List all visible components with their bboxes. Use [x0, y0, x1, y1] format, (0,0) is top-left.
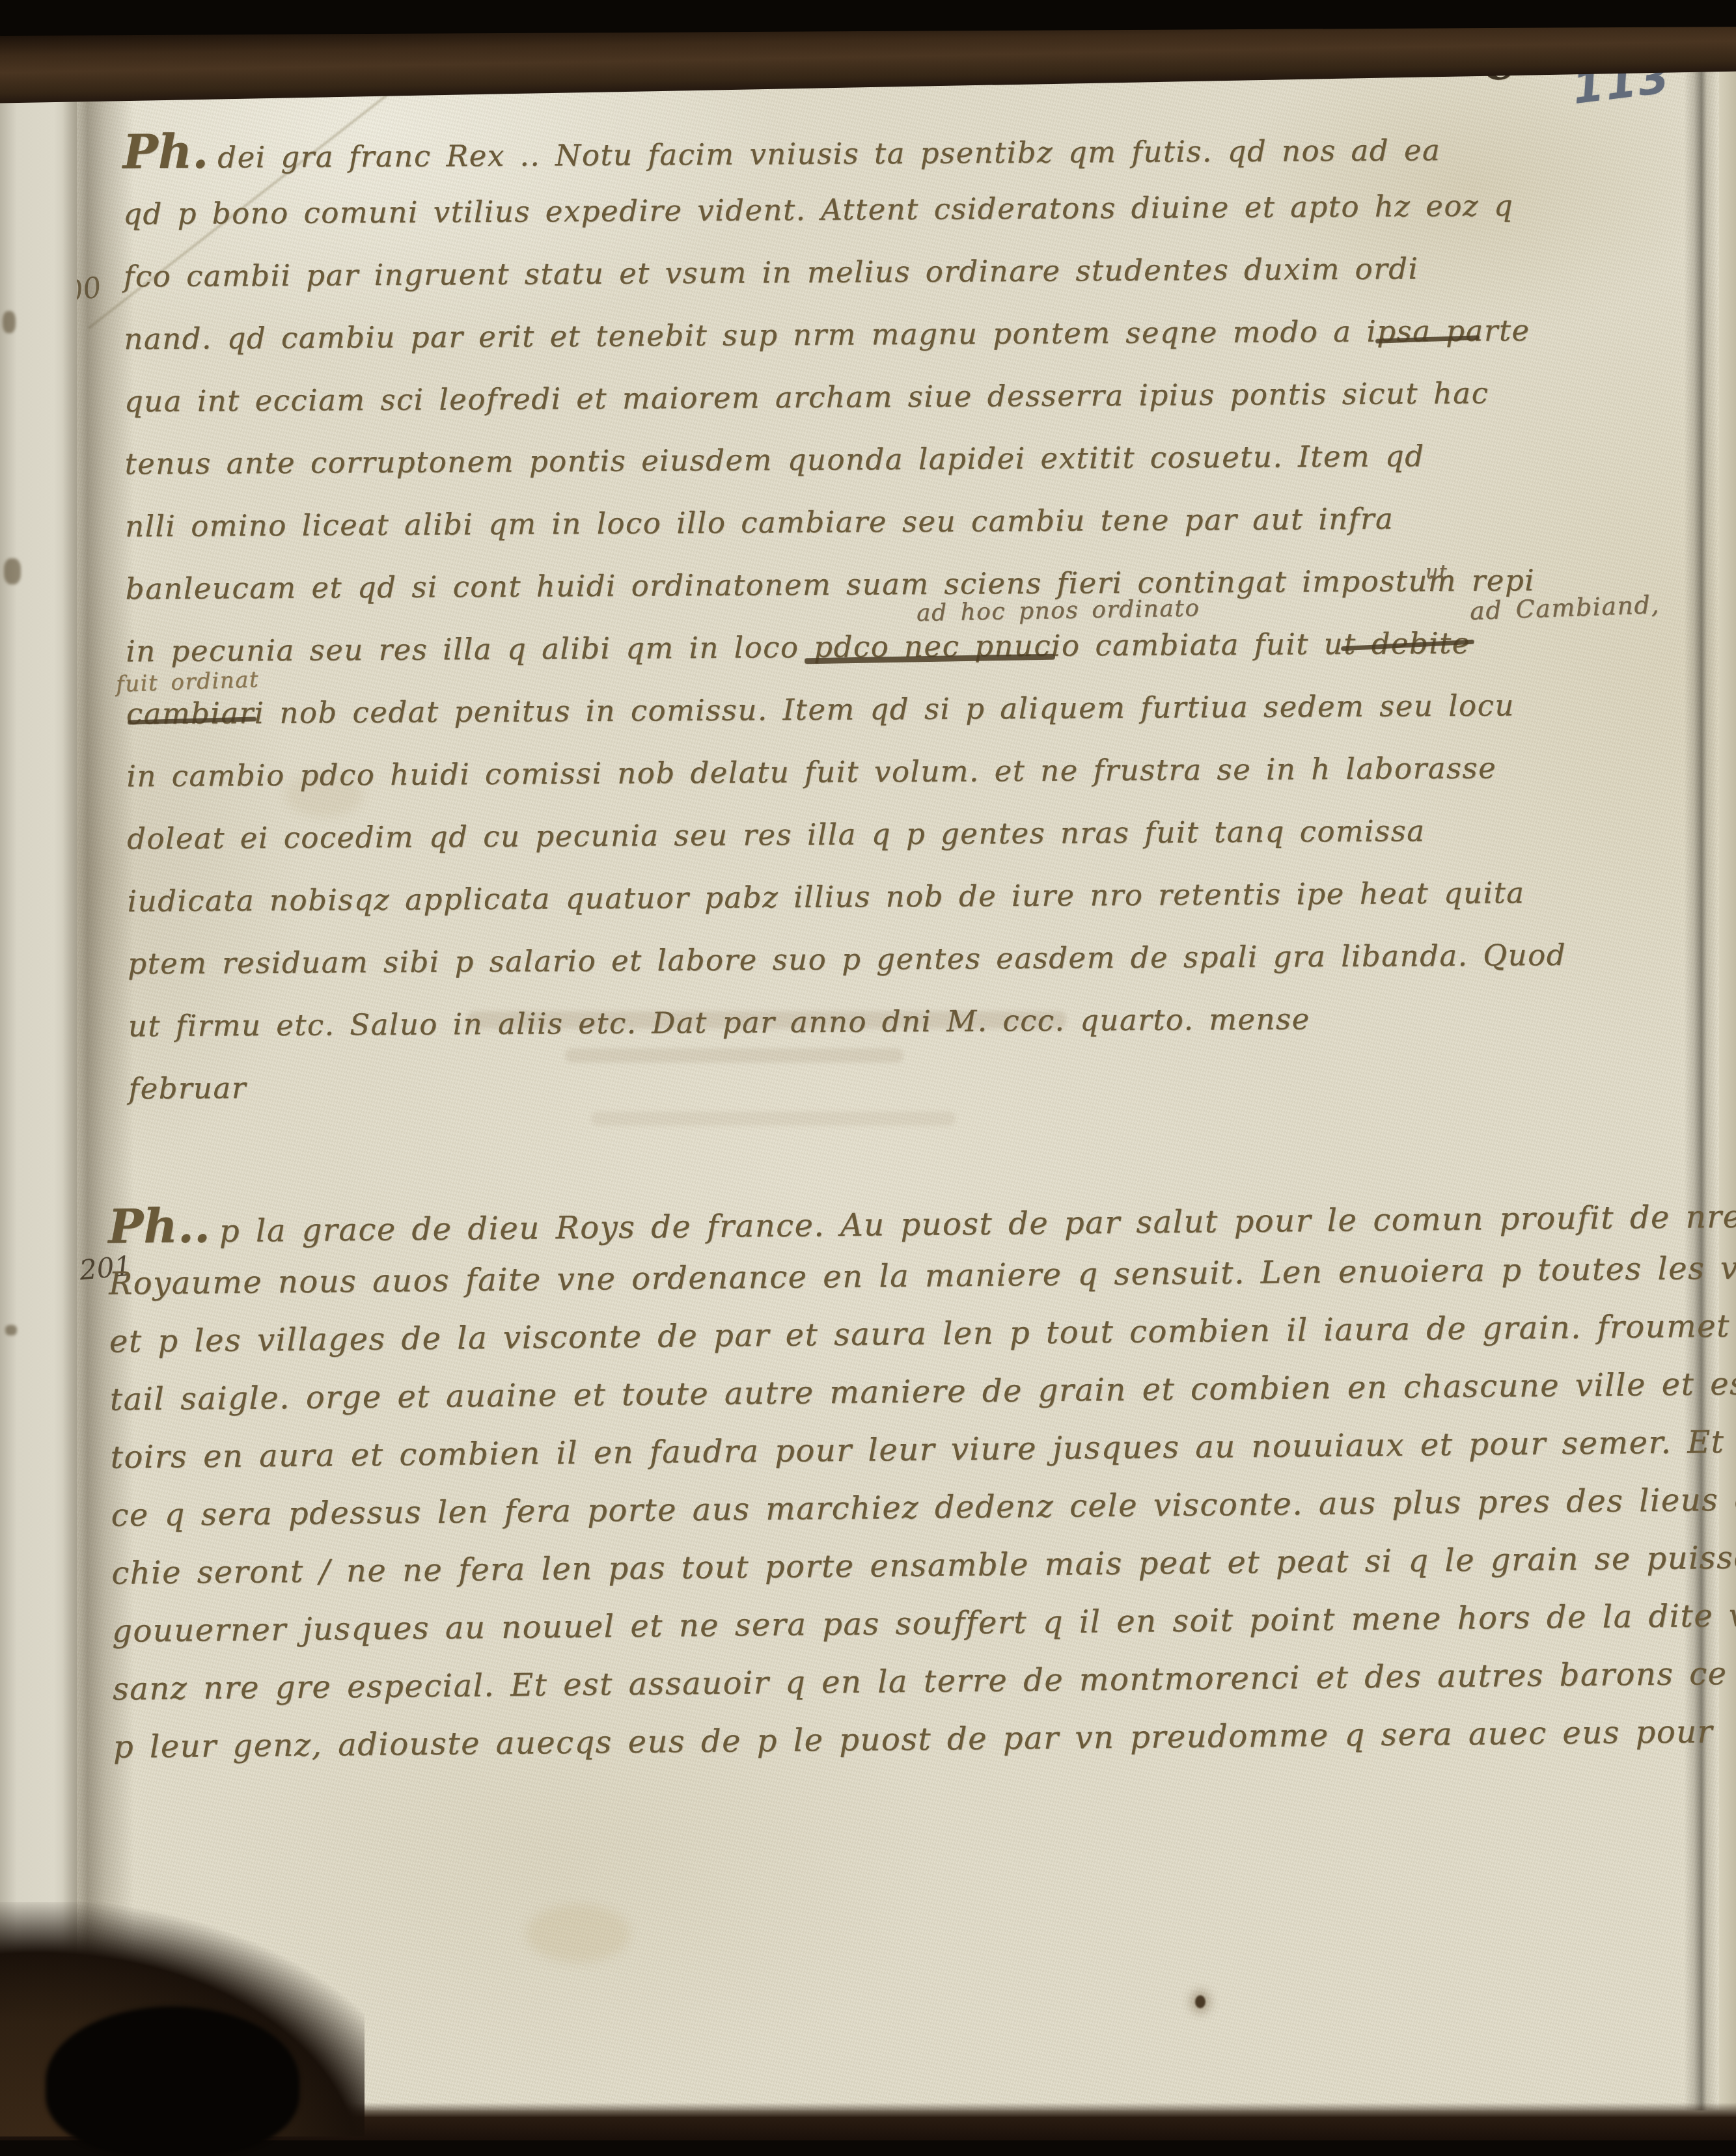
latin-line-2: qd p bono comuni vtilius expedire vident… [123, 174, 1686, 246]
latin-line-11: in cambio pdco huidi comissi nob delatu … [126, 736, 1689, 808]
margin-addition-fuit-ordinat: fuit ordinat [115, 666, 259, 698]
latin-line-1: Ph.dei gra franc Rex .. Notu facim vnius… [122, 111, 1685, 184]
latin-line-9: in pecunia seu res illa q alibi qm in lo… [126, 611, 1688, 683]
latin-line-4: nand. qd cambiu par erit et tenebit sup … [124, 299, 1687, 371]
interlinear-insertion-ut: ut [1426, 561, 1448, 584]
latin-line-16: februar [128, 1048, 1691, 1121]
latin-line-15: ut firmu etc. Saluo in aliis etc. Dat pa… [128, 986, 1691, 1058]
latin-line-10: cambiari nob cedat penitus in comissu. I… [126, 674, 1689, 746]
facing-page-ink-fragment [4, 558, 21, 584]
latin-line-14: ptem residuam sibi p salario et labore s… [128, 923, 1690, 996]
gutter-shadow [62, 65, 134, 2097]
facing-page-ink-fragment [5, 1325, 17, 1335]
yellow-stain [526, 1904, 630, 1963]
latin-line-12: doleat ei cocedim qd cu pecunia seu res … [127, 798, 1690, 871]
facing-page-ink-fragment [3, 311, 16, 333]
page-fore-edge [1719, 43, 1736, 2110]
manuscript-scan: C 113 ȝ 200 201 Ph.dei gra franc Rex .. … [0, 0, 1736, 2136]
latin-line-7: nlli omino liceat alibi qm in loco illo … [125, 486, 1688, 558]
latin-initial: Ph. [122, 124, 208, 180]
latin-line-text: dei gra franc Rex .. Notu facim vniusis … [217, 133, 1440, 174]
latin-line-8: banleucam et qd si cont huidi ordinatone… [125, 549, 1688, 621]
ink-spot-stain [1195, 1995, 1206, 2008]
latin-line-13: iudicata nobisqz applicata quatuor pabz … [127, 861, 1690, 933]
latin-line-5: qua int ecciam sci leofredi et maiorem a… [124, 361, 1687, 433]
latin-act-text-block: Ph.dei gra franc Rex .. Notu facim vnius… [122, 111, 1690, 1121]
french-act-text-block: Ph..p la grace de dieu Roys de france. A… [108, 1182, 1702, 1776]
parchment-page: C 113 ȝ 200 201 Ph.dei gra franc Rex .. … [70, 43, 1736, 2110]
latin-line-6: tenus ante corruptonem pontis eiusdem qu… [124, 424, 1687, 496]
latin-line-3: fco cambii par ingruent statu et vsum in… [124, 236, 1687, 308]
interlinear-insertion-ad-hoc: ad hoc pnos ordinato [916, 595, 1200, 627]
